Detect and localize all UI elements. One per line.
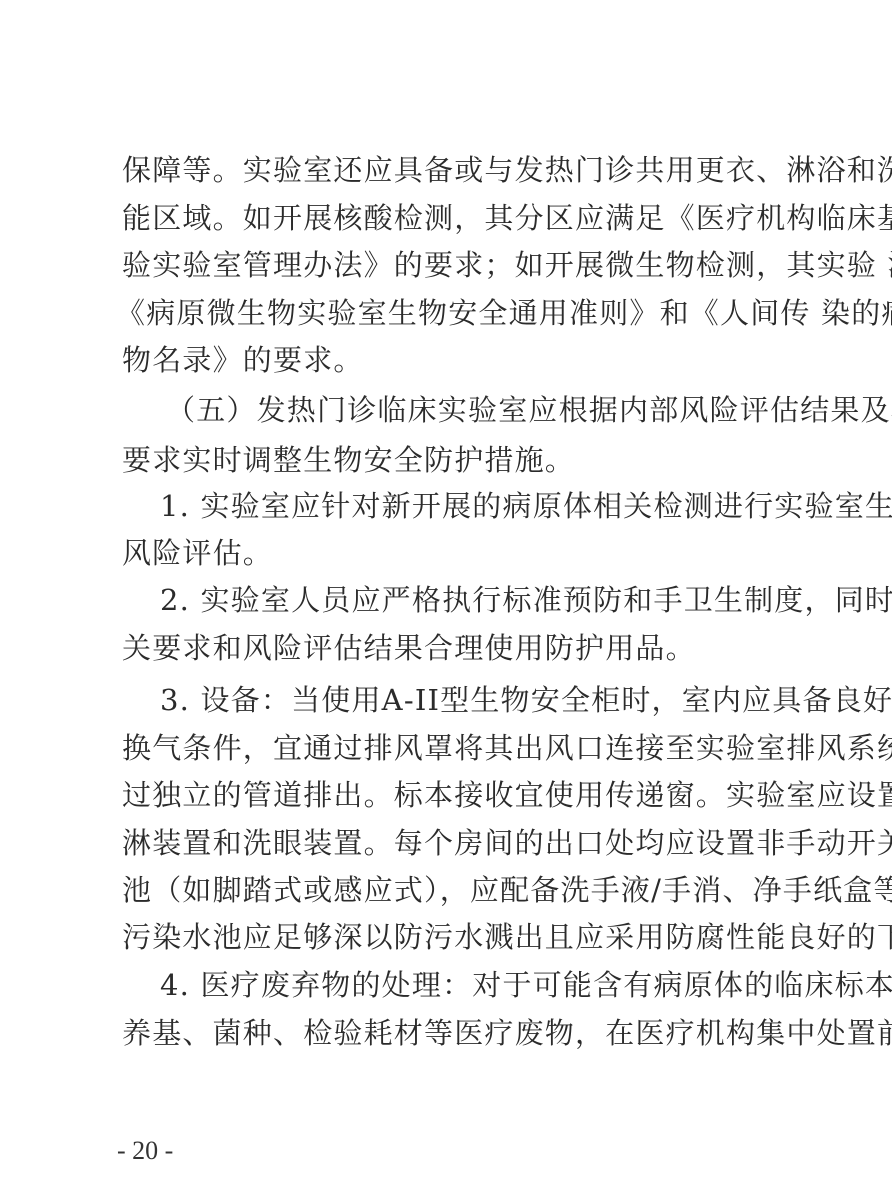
paragraph-line-4: 《病原微生物实验室生物安全通用准则》和《人间传 染的病原微生	[116, 293, 892, 333]
item-3-line-3: 过独立的管道排出。标本接收宜使用传递窗。实验室应设置紧急喷	[122, 775, 892, 815]
item-4-line-1: 4. 医疗废弃物的处理：对于可能含有病原体的临床标本、培	[160, 965, 892, 1005]
item-3-line-6: 污染水池应足够深以防污水溅出且应采用防腐性能良好的下水管。	[122, 917, 892, 957]
item-3-line-5: 池（如脚踏式或感应式），应配备洗手液/手消、净手纸盒等装置；	[122, 870, 892, 910]
paragraph-line-5: 物名录》的要求。	[122, 340, 364, 380]
item-1-line-1: 1. 实验室应针对新开展的病原体相关检测进行实验室生物	[160, 486, 892, 526]
section-five-heading-line-2: 要求实时调整生物安全防护措施。	[122, 440, 575, 480]
document-page: 保障等。实验室还应具备或与发热门诊共用更衣、淋浴和洗消等 功 能区域。如开展核酸…	[0, 0, 892, 1200]
item-3-line-4: 淋装置和洗眼装置。每个房间的出口处均应设置非手动开关的洗手	[122, 823, 892, 863]
item-2-line-2: 关要求和风险评估结果合理使用防护用品。	[122, 628, 696, 668]
paragraph-line-1: 保障等。实验室还应具备或与发热门诊共用更衣、淋浴和洗消等 功	[122, 150, 892, 190]
item-3-line-1: 3. 设备：当使用A-II型生物安全柜时，室内应具备良好的通 风	[160, 680, 892, 720]
item-2-line-1: 2. 实验室人员应严格执行标准预防和手卫生制度，同时根据 相	[160, 580, 892, 620]
section-five-heading-line-1: （五）发热门诊临床实验室应根据内部风险评估结果及相关	[166, 390, 892, 430]
item-4-line-2: 养基、菌种、检验耗材等医疗废物，在医疗机构集中处置前宜在	[122, 1013, 892, 1053]
page-number: - 20 -	[117, 1133, 173, 1169]
paragraph-line-3: 验实验室管理办法》的要求；如开展微生物检测，其实验 活动应满足	[122, 245, 892, 285]
paragraph-line-2: 能区域。如开展核酸检测，其分区应满足《医疗机构临床基因 扩增检	[122, 198, 892, 238]
item-1-line-2: 风险评估。	[122, 533, 273, 573]
item-3-line-2: 换气条件，宜通过排风罩将其出风口连接至实验室排风系统并通	[122, 728, 892, 768]
